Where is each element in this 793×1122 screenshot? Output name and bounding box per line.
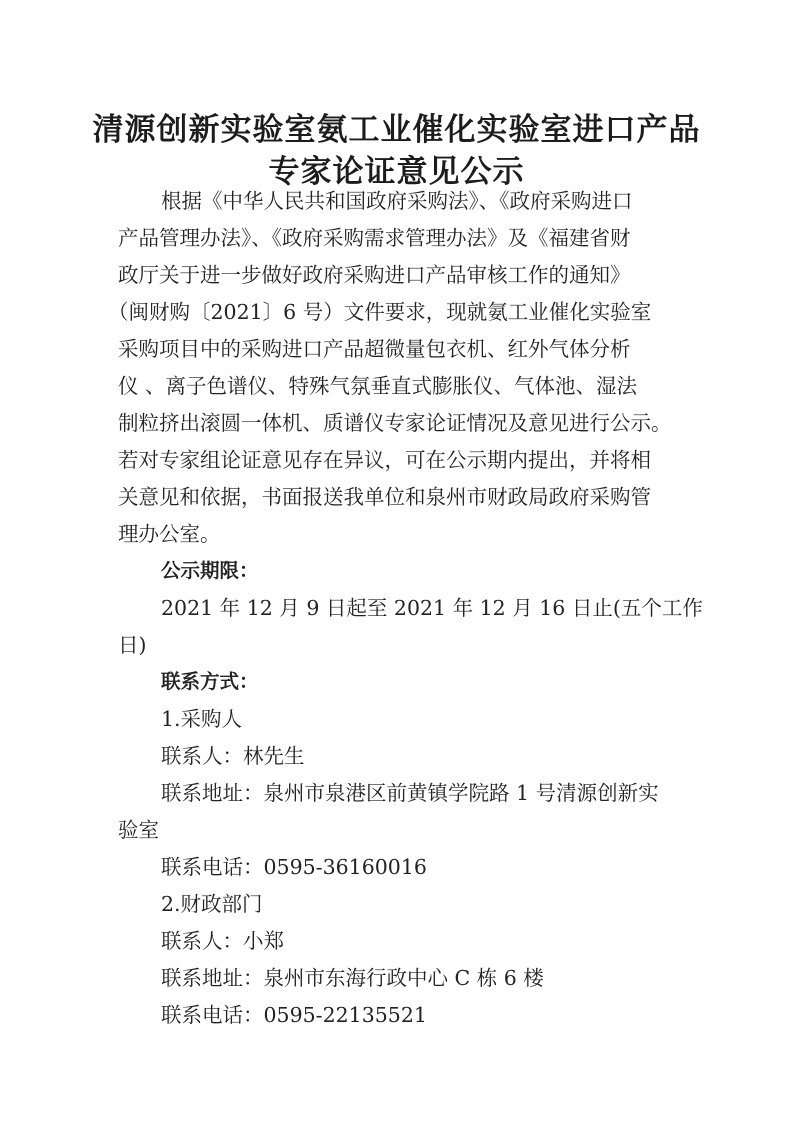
body-line: （闽财购〔2021〕6 号）文件要求，现就氨工业催化实验室 (108, 298, 651, 326)
purchaser-phone: 联系电话：0595-36160016 (161, 853, 427, 881)
body-line: 理办公室。 (118, 520, 221, 548)
period-line: 日) (118, 631, 147, 659)
body-line: 政厅关于进一步做好政府采购进口产品审核工作的通知》 (118, 261, 631, 289)
document-title-line-1: 清源创新实验室氨工业催化实验室进口产品 (0, 104, 793, 149)
purchaser-label: 1.采购人 (161, 705, 242, 733)
finance-dept-contact-person: 联系人：小郑 (161, 927, 284, 955)
purchaser-contact-person: 联系人：林先生 (161, 742, 305, 770)
body-line: 制粒挤出滚圆一体机、质谱仪专家论证情况及意见进行公示。 (118, 409, 672, 437)
document-title-line-2: 专家论证意见公示 (0, 146, 793, 191)
purchaser-address-cont: 验室 (118, 816, 159, 844)
contact-heading: 联系方式： (161, 668, 259, 696)
body-line: 根据《中华人民共和国政府采购法》、《政府采购进口 (161, 187, 678, 215)
body-line: 仪 、离子色谱仪、特殊气氛垂直式膨胀仪、气体池、湿法 (118, 372, 637, 400)
finance-dept-address: 联系地址：泉州市东海行政中心 C 栋 6 楼 (161, 964, 544, 992)
finance-dept-label: 2.财政部门 (161, 890, 263, 918)
body-line: 采购项目中的采购进口产品超微量包衣机、红外气体分析 (118, 335, 631, 363)
purchaser-address: 联系地址：泉州市泉港区前黄镇学院路 1 号清源创新实 (161, 779, 659, 807)
period-heading: 公示期限： (161, 557, 259, 585)
finance-dept-phone: 联系电话：0595-22135521 (161, 1001, 427, 1029)
body-line: 若对专家组论证意见存在异议，可在公示期内提出，并将相 (118, 446, 651, 474)
body-line: 产品管理办法》、《政府采购需求管理办法》及《福建省财 (118, 224, 631, 252)
body-line: 关意见和依据，书面报送我单位和泉州市财政局政府采购管 (118, 483, 651, 511)
period-line: 2021 年 12 月 9 日起至 2021 年 12 月 16 日止(五个工作 (161, 594, 703, 622)
